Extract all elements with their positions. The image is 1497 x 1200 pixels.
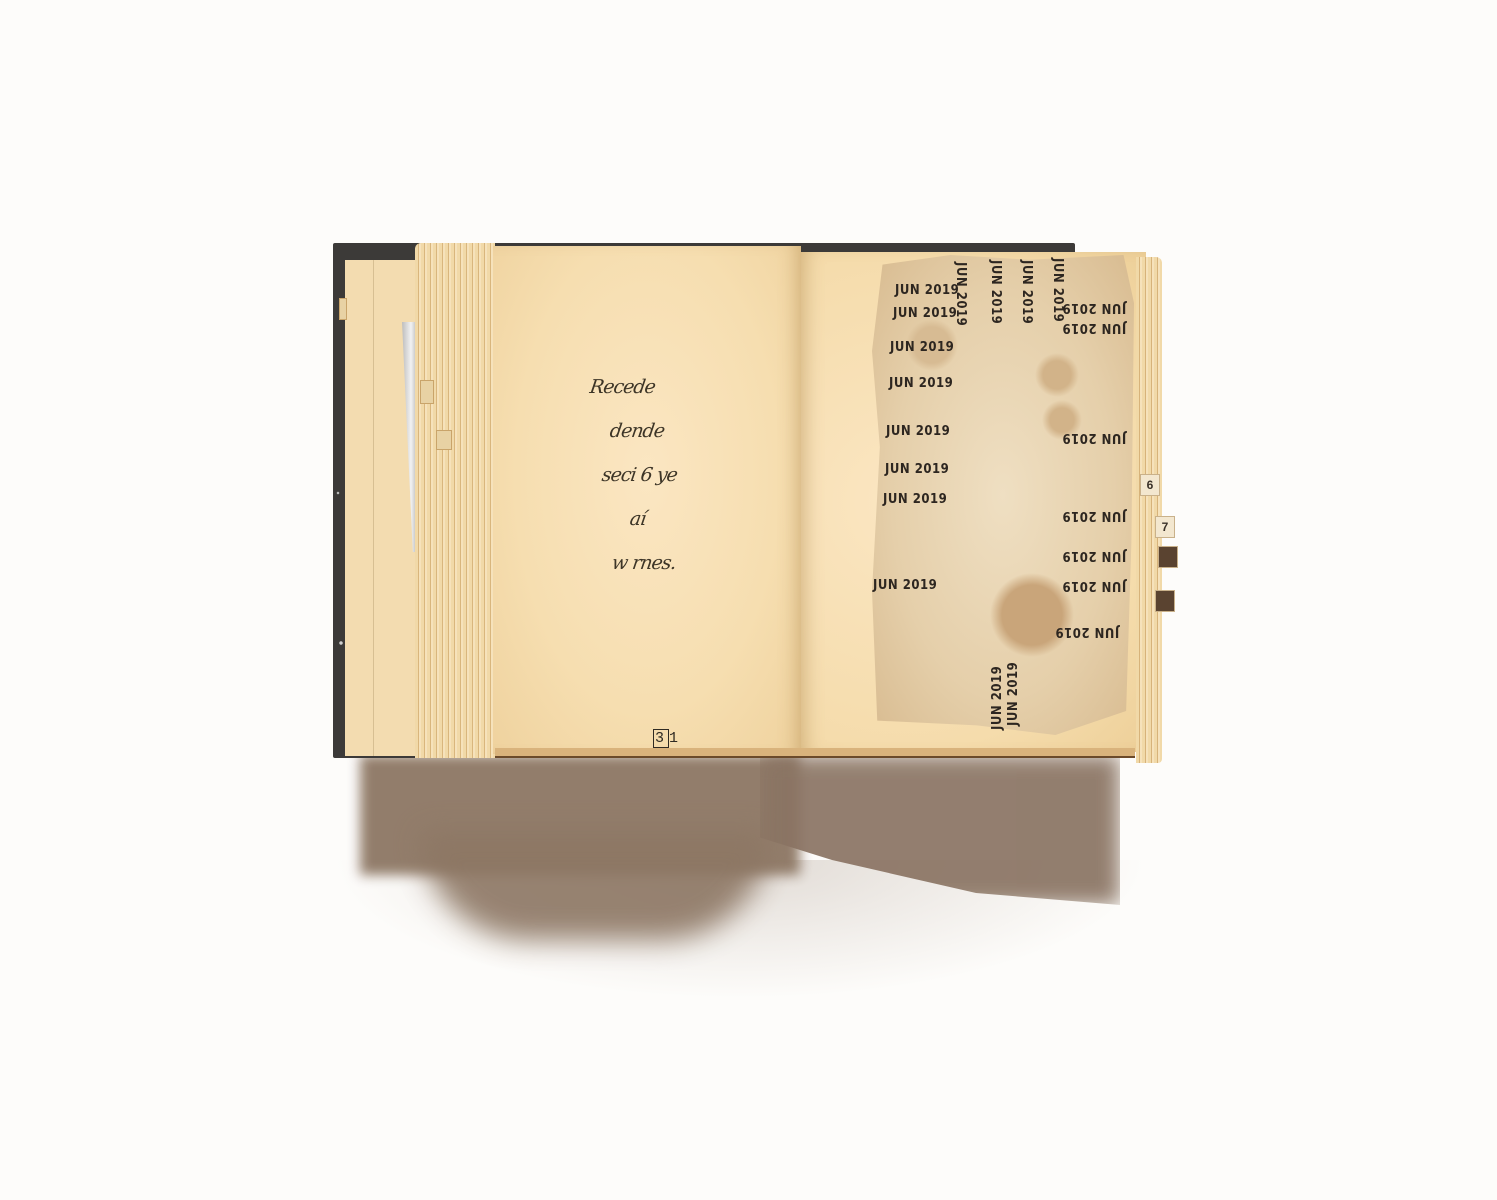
date-stamp: JUN 2019 [873,578,937,593]
date-stamp: JUN 2019 [1019,260,1034,324]
date-stamp: JUN 2019 [883,492,947,507]
page-number-digit: 1 [669,730,681,747]
handwritten-note: Recede dende seci 6 ye aí w rnes. [590,365,740,585]
date-stamp: JUN 2019 [990,666,1005,730]
date-stamp: JUN 2019 [885,462,949,477]
photo-scene: Recede dende seci 6 ye aí w rnes. 31 JUN… [0,0,1497,1200]
date-stamp: JUN 2019 [1062,320,1126,335]
date-stamp: JUN 2019 [889,376,953,391]
date-stamp: JUN 2019 [1055,624,1119,639]
date-stamp: JUN 2019 [1006,662,1021,726]
date-stamp: JUN 2019 [886,424,950,439]
index-tab [1155,590,1175,612]
right-page-stack [1136,257,1162,763]
handwriting-line: Recede [587,365,743,409]
flyleaf-crease [373,260,374,756]
handwriting-line: aí [627,497,743,541]
left-edge-tab [339,298,347,320]
date-stamp: JUN 2019 [1062,508,1126,523]
handwriting-line: dende [607,409,743,453]
date-stamp: JUN 2019 [1062,430,1126,445]
page-bottom-edge [495,748,1135,758]
date-stamp: JUN 2019 [1062,578,1126,593]
book-shadow-left-lobe [420,830,770,940]
left-stack-tab-2 [436,430,452,450]
date-stamp: JUN 2019 [953,262,968,326]
page-number: 31 [653,730,681,747]
date-stamp: JUN 2019 [890,340,954,355]
date-stamp: JUN 2019 [1062,548,1126,563]
date-stamp: JUN 2019 [895,283,959,298]
index-tab [1158,546,1178,568]
index-tab: 6 [1140,474,1160,496]
date-stamp: JUN 2019 [893,306,957,321]
date-stamp: JUN 2019 [1062,300,1126,315]
handwriting-line: w rnes. [609,541,743,585]
handwriting-line: seci 6 ye [599,453,743,497]
page-number-boxed-digit: 3 [653,729,669,748]
left-page-stack [415,243,495,758]
left-stack-tab-1 [420,380,434,404]
index-tab: 7 [1155,516,1175,538]
date-stamp: JUN 2019 [988,260,1003,324]
